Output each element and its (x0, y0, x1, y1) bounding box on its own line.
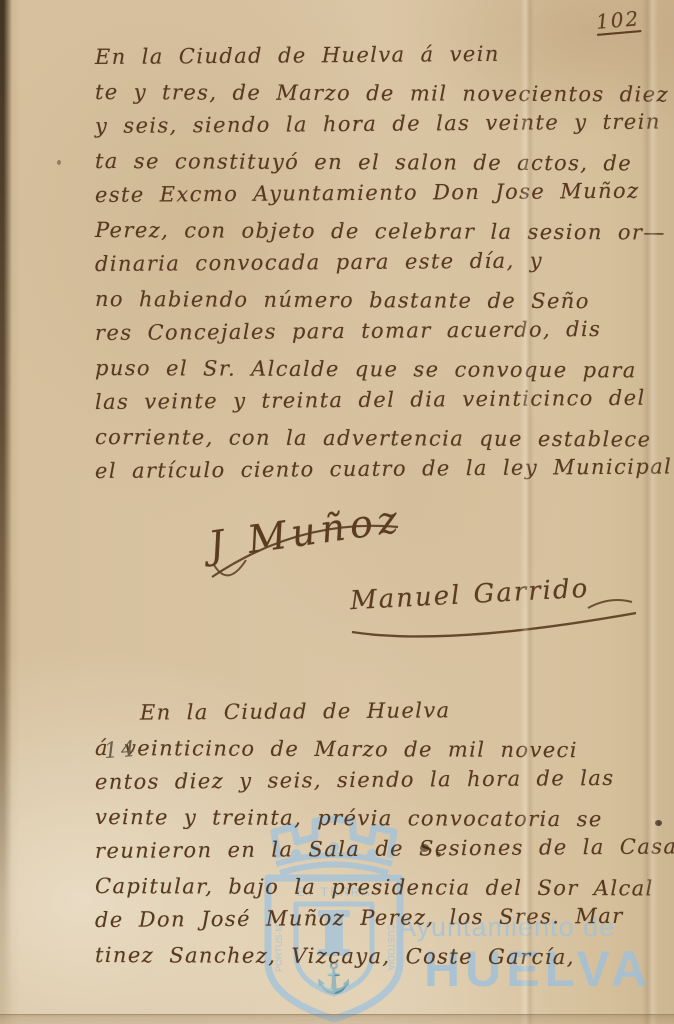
manuscript-line: y seis, siendo la hora de las veinte y t… (95, 104, 670, 143)
manuscript-line: entos diez y seis, siendo la hora de las (95, 760, 670, 799)
manuscript-line: las veinte y treinta del dia veinticinco… (95, 380, 670, 419)
act-entry-2: En la Ciudad de Huelva á veinticinco de … (95, 696, 670, 972)
manuscript-line: de Don José Muñoz Perez, los Sres. Mar (95, 898, 670, 937)
manuscript-line: reunieron en la Sala de Sesiones de la C… (95, 829, 670, 868)
opening-line: En la Ciudad de Huelva (95, 691, 670, 730)
paper-stain (57, 160, 61, 165)
paper-stain (354, 120, 359, 124)
ink-speck (436, 852, 441, 857)
opening-line: En la Ciudad de Huelva á vein (95, 35, 670, 74)
manuscript-line: dinaria convocada para este día, y (95, 242, 670, 281)
page-bottom-edge (0, 1014, 674, 1024)
ink-speck (655, 820, 662, 826)
ink-speck (420, 844, 429, 852)
manuscript-line: tinez Sanchez, Vizcaya, Coste García, (95, 938, 670, 975)
manuscript-line: res Concejales para tomar acuerdo, dis (95, 311, 670, 350)
book-binding-edge (0, 0, 12, 1024)
folio-number: 102 (595, 6, 641, 34)
scanned-manuscript-page: { "page": { "folio_number": "102", "marg… (0, 0, 674, 1024)
act-entry-1: En la Ciudad de Huelva á vein te y tres,… (95, 40, 670, 489)
manuscript-line: este Excmo Ayuntamiento Don Jose Muñoz (95, 173, 670, 212)
manuscript-line: el artículo ciento cuatro de la ley Muni… (95, 449, 670, 488)
margin-note: 14 (103, 737, 139, 764)
